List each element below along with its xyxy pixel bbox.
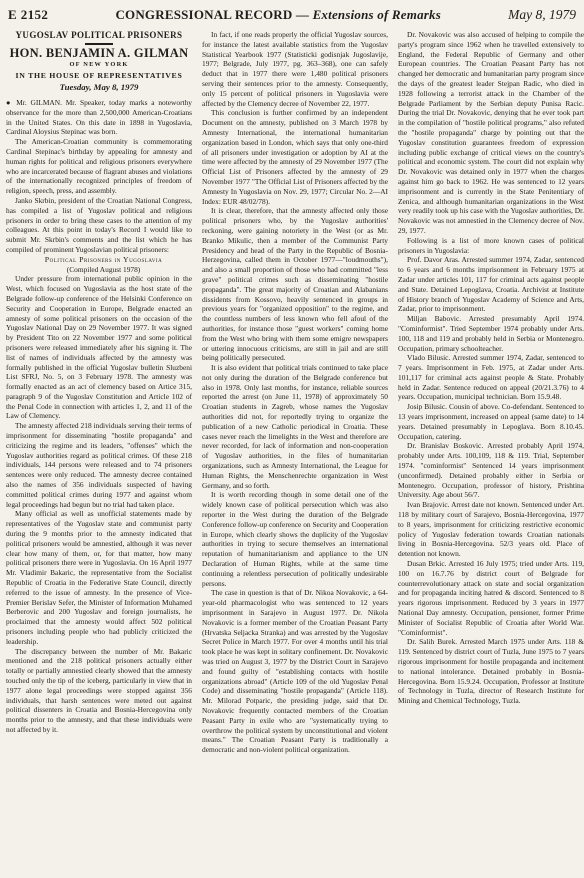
publication-title-main: CONGRESSIONAL RECORD [115,7,292,22]
paragraph: ● Mr. GILMAN. Mr. Speaker, today marks a… [6,98,192,137]
list-compiled-note: (Compiled August 1978) [6,265,192,275]
speaker-name: HON. BENJAMIN A. GILMAN [6,49,192,59]
article-columns: YUGOSLAV POLITICAL PRISONERS HON. BENJAM… [5,30,579,872]
publication-title-section: Extensions of Remarks [313,7,441,22]
prisoner-entry: Josip Bilusic. Cousin of above. Co-defen… [398,402,584,441]
publication-title-separator: — [296,7,309,22]
paragraph: It is also evident that political trials… [202,363,388,490]
column-3: Dr. Novakovic was also accused of helpin… [398,30,584,872]
paragraph: Dr. Novakovic was also accused of helpin… [398,30,584,236]
prisoner-entry: Dr. Branislav Boskovic. Arrested probabl… [398,441,584,500]
prisoner-entry: Vlado Bilusic. Arrested summer 1974, Zad… [398,353,584,402]
paragraph: The American-Croatian community is comme… [6,137,192,196]
paragraph: Under pressure from international public… [6,274,192,421]
column-1: YUGOSLAV POLITICAL PRISONERS HON. BENJAM… [6,30,192,872]
paragraph: It is worth recording though in some det… [202,490,388,588]
paragraph: Following is a list of more known cases … [398,236,584,256]
title-divider [85,43,113,45]
paragraph: Many official as well as unofficial stat… [6,509,192,646]
chamber-line: IN THE HOUSE OF REPRESENTATIVES [6,71,192,81]
list-title: Political Prisoners in Yugoslavia [6,255,192,265]
session-date: Tuesday, May 8, 1979 [6,83,192,93]
masthead: E 2152 CONGRESSIONAL RECORD — Extensions… [5,7,579,30]
article-title: YUGOSLAV POLITICAL PRISONERS [6,31,192,41]
prisoner-entry: Dusan Brkic. Arrested 16 July 1975; trie… [398,559,584,637]
paragraph: It is clear, therefore, that the amnesty… [202,206,388,363]
prisoner-entry: Miljan Babovic. Arrested presumably Apri… [398,314,584,353]
column-2: In fact, if one reads properly the offic… [202,30,388,872]
issue-date: May 8, 1979 [508,7,576,23]
prisoner-entry: Dr. Salih Burek. Arrested March 1975 und… [398,637,584,706]
page-number: E 2152 [8,7,48,23]
speaker-state: OF NEW YORK [6,60,192,70]
paragraph: In fact, if one reads properly the offic… [202,30,388,108]
publication-title: CONGRESSIONAL RECORD — Extensions of Rem… [115,7,441,23]
paragraph: The case in question is that of Dr. Niko… [202,588,388,755]
prisoner-entry: Ivan Brajovic. Arrest date not known. Se… [398,500,584,559]
paragraph: This conclusion is further confirmed by … [202,108,388,206]
paragraph: Janko Skrbin, president of the Croatian … [6,196,192,255]
prisoner-entry: Prof. Davor Aras. Arrested summer 1974, … [398,255,584,314]
paragraph: The amnesty affected 218 individuals ser… [6,421,192,509]
congressional-record-page: E 2152 CONGRESSIONAL RECORD — Extensions… [0,0,584,878]
paragraph: The discrepancy between the number of Mr… [6,647,192,735]
